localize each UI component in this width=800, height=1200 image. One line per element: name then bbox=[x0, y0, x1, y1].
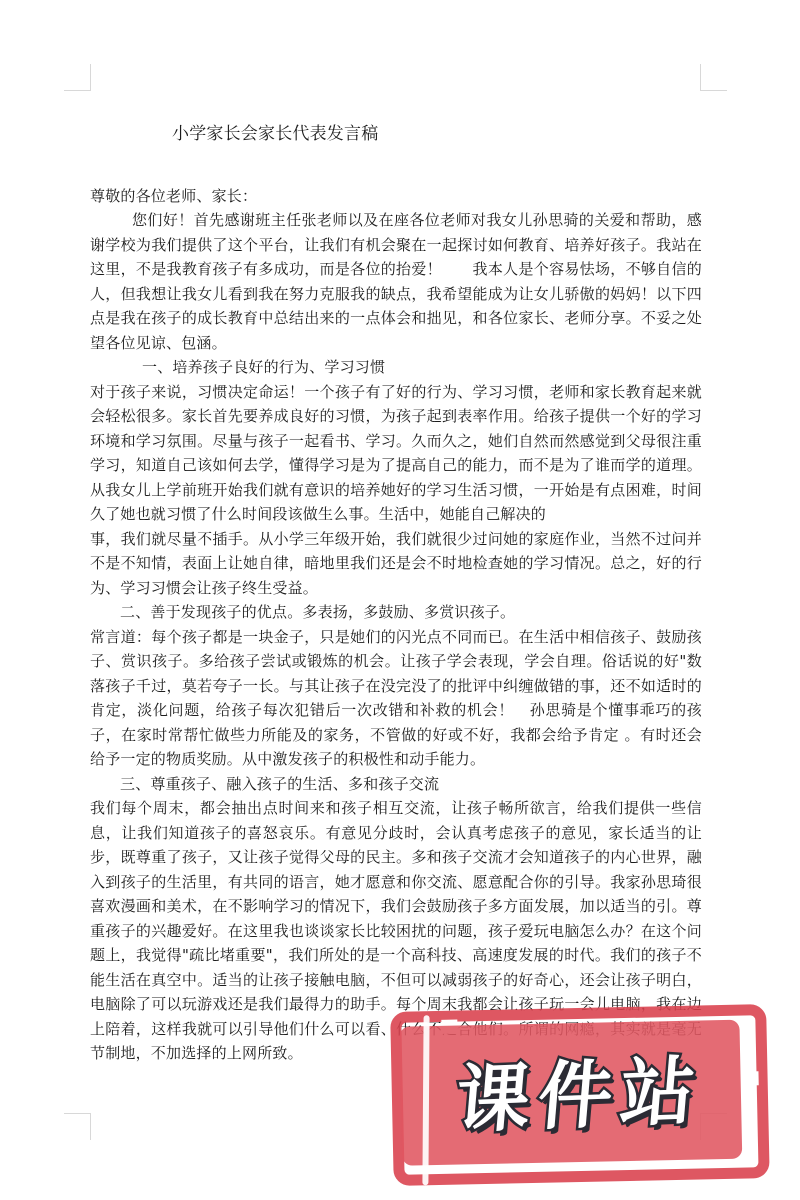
stamp-text: 课件站 bbox=[452, 1032, 707, 1148]
text-boundary-mark-bottom-left bbox=[64, 1113, 91, 1140]
paragraph-praise: 常言道：每个孩子都是一块金子，只是她们的闪光点不同而已。在生活中相信孩子、鼓励孩… bbox=[90, 625, 702, 772]
document-title: 小学家长会家长代表发言稿 bbox=[90, 122, 702, 147]
paragraph-habits-1: 对于孩子来说，习惯决定命运！一个孩子有了好的行为、学习习惯，老师和家长教育起来就… bbox=[90, 380, 702, 527]
salutation-line: 尊敬的各位老师、家长： bbox=[90, 184, 702, 209]
document-page: 小学家长会家长代表发言稿 尊敬的各位老师、家长： 您们好！首先感谢班主任张老师以… bbox=[0, 0, 800, 1200]
stamp-frame-gap bbox=[743, 1071, 758, 1085]
paragraph-greeting: 您们好！首先感谢班主任张老师以及在座各位老师对我女儿孙思骑的关爱和帮助，感谢学校… bbox=[90, 208, 702, 355]
section-heading-2: 二、善于发现孩子的优点。多表扬，多鼓励、多赏识孩子。 bbox=[90, 600, 702, 625]
stamp-brush-gap-streak bbox=[422, 1015, 429, 1185]
section-heading-3: 三、尊重孩子、融入孩子的生活、多和孩子交流 bbox=[90, 772, 702, 797]
text-boundary-mark-top-right bbox=[700, 64, 727, 91]
document-content: 小学家长会家长代表发言稿 尊敬的各位老师、家长： 您们好！首先感谢班主任张老师以… bbox=[90, 122, 702, 1066]
text-boundary-mark-top-left bbox=[64, 64, 91, 91]
paragraph-habits-2: 事，我们就尽量不插手。从小学三年级开始，我们就很少过问她的家庭作业，当然不过问并… bbox=[90, 527, 702, 601]
kejianzhan-watermark-stamp: 课件站 bbox=[390, 1004, 770, 1194]
section-heading-1: 一、培养孩子良好的行为、学习习惯 bbox=[90, 355, 702, 380]
